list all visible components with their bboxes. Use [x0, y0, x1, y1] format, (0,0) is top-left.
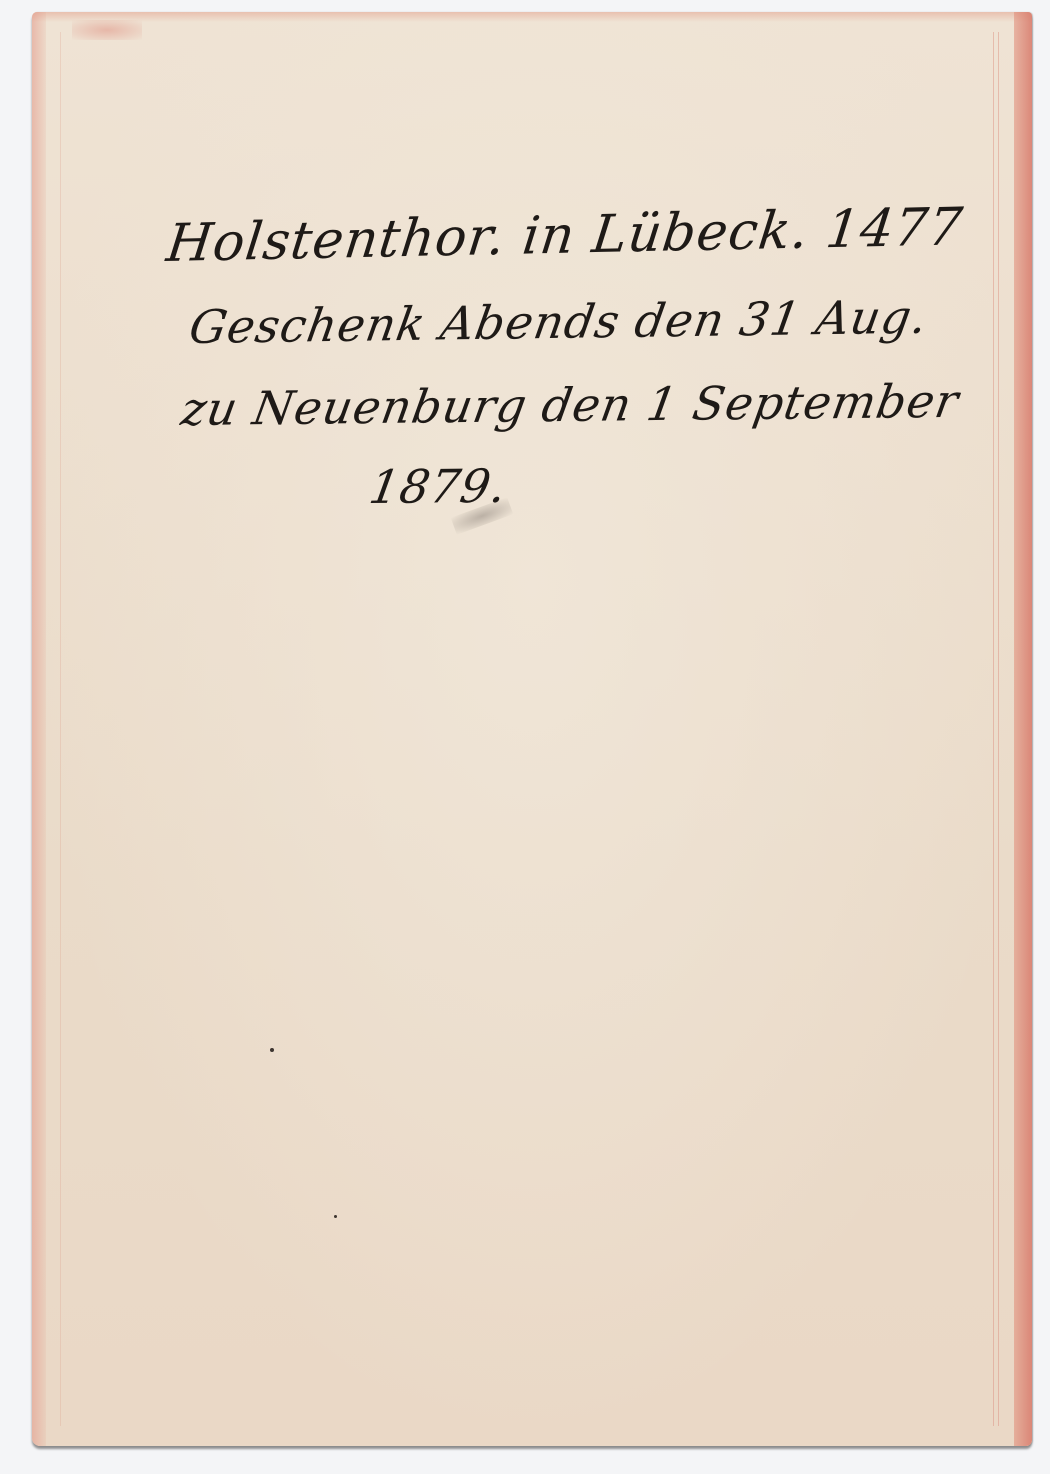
inscription-line-1: Holstenthor. in Lübeck. 1477 [163, 197, 966, 274]
paper-speck [270, 1048, 274, 1052]
paper-speck [334, 1215, 337, 1218]
scan-background: Holstenthor. in Lübeck. 1477 Geschenk Ab… [0, 0, 1050, 1474]
inscription-line-2: Geschenk Abends den 31 Aug. [186, 290, 932, 354]
handwritten-inscription: Holstenthor. in Lübeck. 1477 Geschenk Ab… [32, 12, 1032, 612]
photo-card-back: Holstenthor. in Lübeck. 1477 Geschenk Ab… [32, 12, 1032, 1446]
inscription-line-3: zu Neuenburg den 1 September [178, 374, 963, 436]
